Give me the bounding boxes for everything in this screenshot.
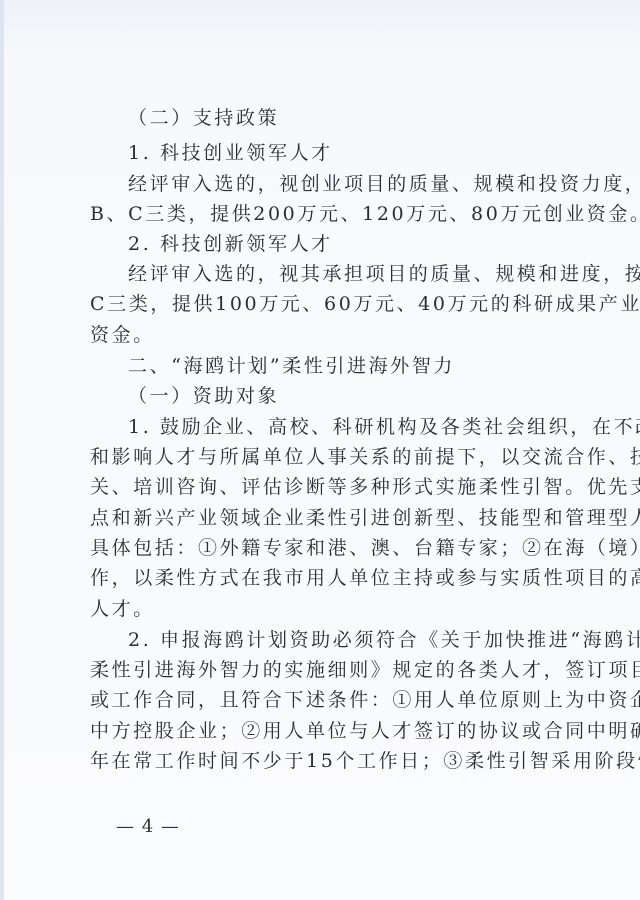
subheading-funding-targets: （一）资助对象 [128,385,566,407]
paragraph-line: B、C三类，提供200万元、120万元、80万元创业资金。 [90,203,566,225]
paragraph-line: 作，以柔性方式在我市用人单位主持或参与实质性项目的高层次 [90,567,566,589]
paragraph-line: 2. 申报海鸥计划资助必须符合《关于加快推进“海鸥计划” [128,629,566,651]
paragraph-line: 中方控股企业；②用人单位与人才签订的协议或合同中明确的每 [90,720,566,742]
paragraph-line: 或工作合同，且符合下述条件：①用人单位原则上为中资企业或 [90,689,566,711]
section-heading-seagull-plan: 二、“海鸥计划”柔性引进海外智力 [128,355,566,377]
subheading-innovation-talent: 2. 科技创新领军人才 [128,233,566,255]
paragraph-line: 和影响人才与所属单位人事关系的前提下，以交流合作、技术攻 [90,446,566,468]
paragraph-line: 经评审入选的，视其承担项目的质量、规模和进度，按A、B、 [128,263,566,285]
paragraph-line: 资金。 [90,324,566,346]
paragraph-line: 柔性引进海外智力的实施细则》规定的各类人才，签订项目协议 [90,659,566,681]
paragraph-line: 具体包括：①外籍专家和港、澳、台籍专家；②在海（境）外工 [90,537,566,559]
paragraph-line: 1. 鼓励企业、高校、科研机构及各类社会组织，在不改变 [128,416,566,438]
scan-edge [0,0,4,900]
paragraph-line: 经评审入选的，视创业项目的质量、规模和投资力度，按A、 [128,173,566,195]
subheading-entrepreneur-talent: 1. 科技创业领军人才 [128,142,566,164]
section-heading-support-policy: （二）支持政策 [128,107,566,129]
page-number: — 4 — [116,816,180,837]
paragraph-line: C三类，提供100万元、60万元、40万元的科研成果产业化配套 [90,293,566,315]
document-page: （二）支持政策 1. 科技创业领军人才 经评审入选的，视创业项目的质量、规模和投… [0,0,640,900]
paragraph-line: 点和新兴产业领域企业柔性引进创新型、技能型和管理型人才。 [90,507,566,529]
paragraph-line: 年在常工作时间不少于15个工作日；③柔性引智采用阶段性全职 [90,750,566,772]
paragraph-line: 关、培训咨询、评估诊断等多种形式实施柔性引智。优先支持重 [90,476,566,498]
paragraph-line: 人才。 [90,598,566,620]
